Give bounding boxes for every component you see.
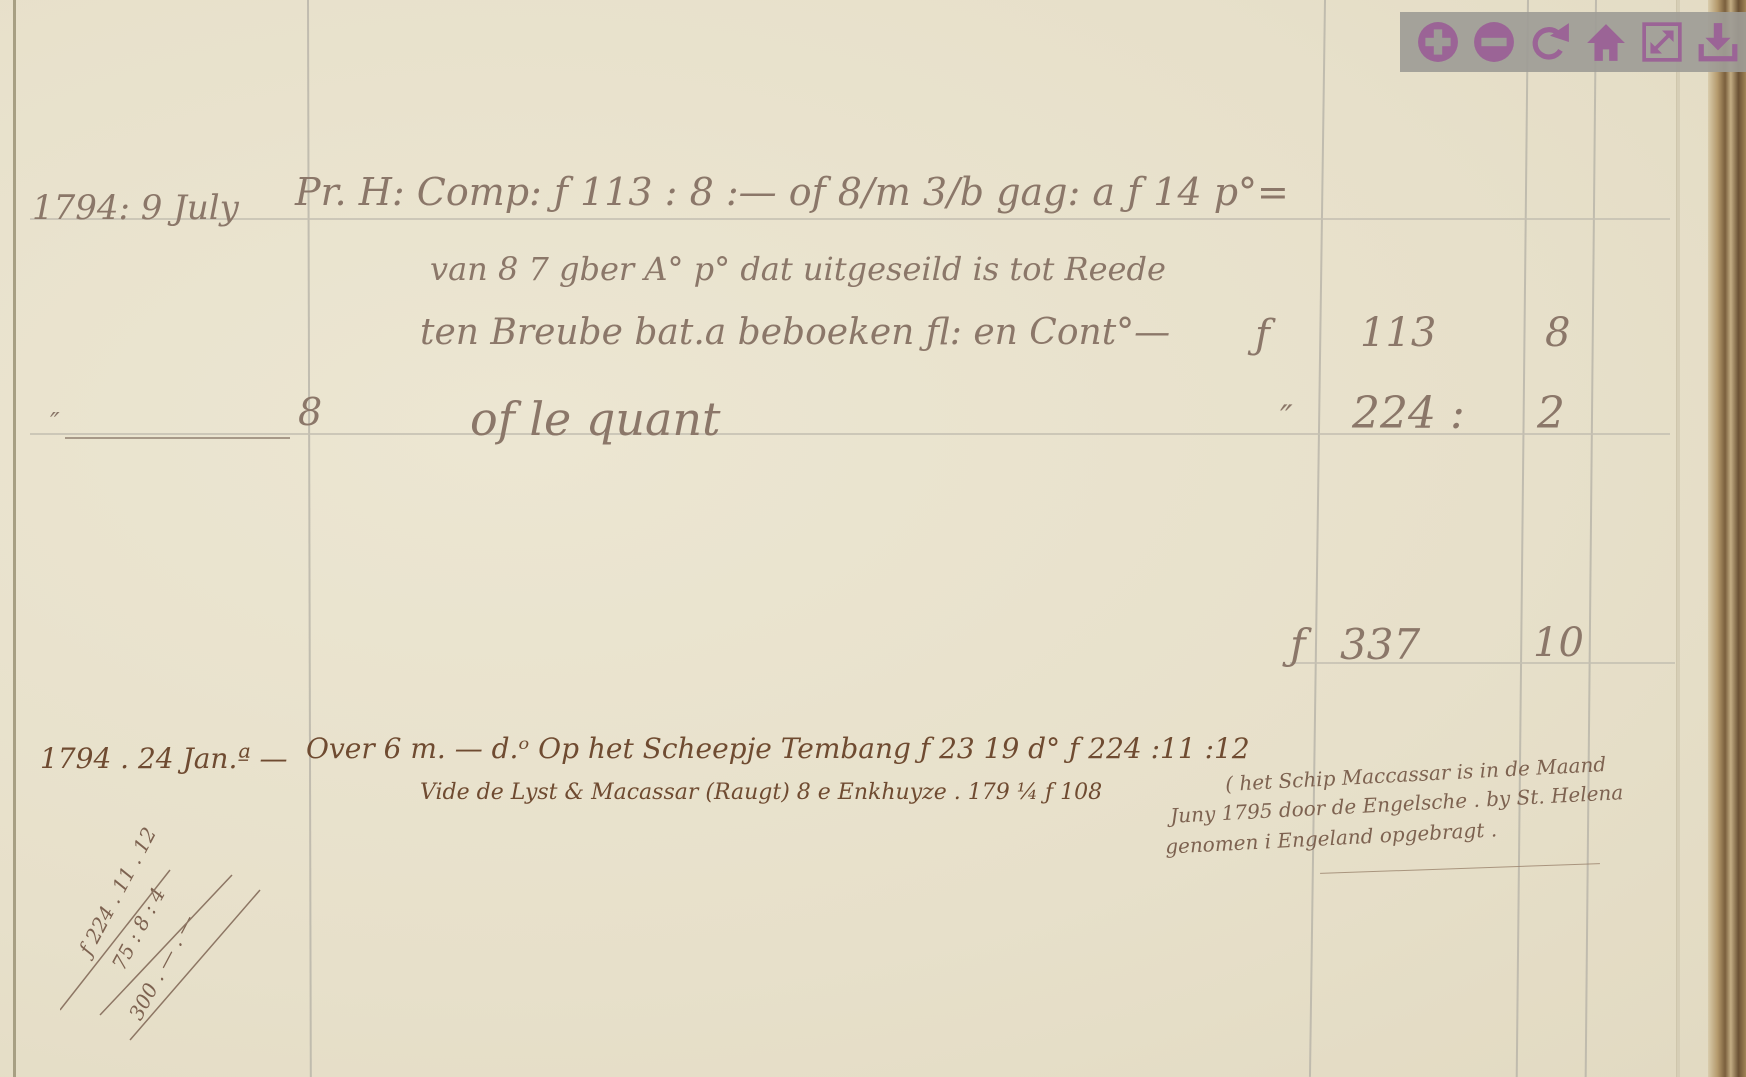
entry1-date: 1794: 9 July — [32, 188, 239, 228]
rotate-icon — [1529, 21, 1571, 63]
entry1-sub: 8 — [1545, 310, 1570, 356]
fullscreen-icon — [1641, 21, 1683, 63]
entry1-line3: ten Breube bat.a beboeken ƒl: en Cont°— — [420, 312, 1170, 353]
entry3-line2: Vide de Lyst & Macassar (Raugt) 8 e Enkh… — [420, 780, 1102, 805]
minus-circle-icon — [1473, 21, 1515, 63]
entry2-ditto: ″ — [50, 408, 60, 438]
home-button[interactable] — [1578, 12, 1634, 72]
fullscreen-button[interactable] — [1634, 12, 1690, 72]
page-edge — [1676, 0, 1680, 1077]
margin-calc-strokes — [60, 860, 290, 1060]
right-column-rule — [1585, 0, 1597, 1077]
note-underline — [1320, 863, 1600, 874]
sub-column-rule — [1516, 0, 1529, 1077]
left-margin-rule — [13, 0, 16, 1077]
amount-column-rule — [1309, 0, 1326, 1077]
row-rule — [30, 218, 1670, 220]
total-sub: 10 — [1533, 620, 1584, 666]
download-icon — [1697, 21, 1739, 63]
entry1-line2: van 8 7 gber A° p° dat uitgeseild is tot… — [430, 250, 1166, 288]
entry2-text: of le quant — [470, 392, 721, 446]
entry2-dash — [65, 437, 290, 439]
image-viewer[interactable]: 1794: 9 July Pr. H: Comp: ƒ 113 : 8 :— o… — [0, 0, 1746, 1077]
viewer-toolbar — [1400, 12, 1746, 72]
zoom-out-button[interactable] — [1466, 12, 1522, 72]
entry3-date: 1794 . 24 Jan.ª — — [40, 742, 288, 775]
total-currency: ƒ — [1290, 620, 1306, 669]
book-binding — [1708, 0, 1746, 1077]
entry2-prefix: 8 — [298, 390, 322, 434]
total-amount: 337 — [1340, 620, 1420, 669]
home-icon — [1585, 21, 1627, 63]
entry1-amount: 113 — [1360, 310, 1436, 356]
zoom-in-button[interactable] — [1410, 12, 1466, 72]
entry3-line1: Over 6 m. — d.ᵒ Op het Scheepje Tembang … — [306, 732, 1250, 765]
date-column-rule — [307, 0, 312, 1077]
download-button[interactable] — [1690, 12, 1746, 72]
entry1-line1: Pr. H: Comp: ƒ 113 : 8 :— of 8/m 3/b gag… — [295, 170, 1289, 214]
entry2-sub: 2 — [1537, 388, 1565, 439]
ledger-page-scan[interactable]: 1794: 9 July Pr. H: Comp: ƒ 113 : 8 :— o… — [0, 0, 1712, 1077]
plus-circle-icon — [1417, 21, 1459, 63]
entry1-currency: ƒ — [1255, 312, 1270, 358]
entry2-amount: 224 : — [1352, 388, 1465, 439]
rotate-button[interactable] — [1522, 12, 1578, 72]
entry2-currency: ″ — [1280, 398, 1293, 438]
